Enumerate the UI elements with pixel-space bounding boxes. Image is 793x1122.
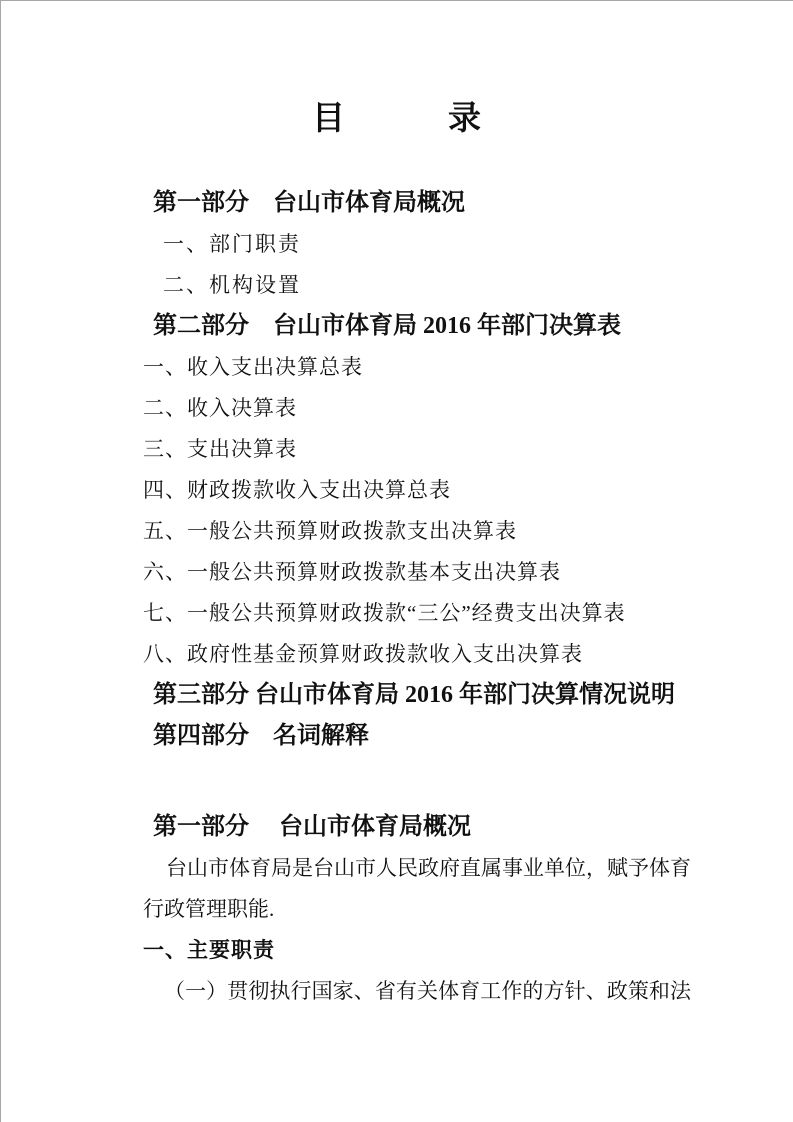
toc-item: 三、支出决算表: [143, 429, 738, 470]
clause-line: （一）贯彻执行国家、省有关体育工作的方针、政策和法: [143, 971, 691, 1012]
toc-heading-part3: 第三部分 台山市体育局 2016 年部门决算情况说明: [153, 675, 738, 716]
toc-heading-part2: 第二部分 台山市体育局 2016 年部门决算表: [153, 306, 738, 347]
section-heading: 第一部分 台山市体育局概况: [153, 807, 738, 848]
table-of-contents: 第一部分 台山市体育局概况 一、部门职责 二、机构设置 第二部分 台山市体育局 …: [143, 183, 738, 757]
toc-item: 八、政府性基金预算财政拨款收入支出决算表: [143, 634, 738, 675]
toc-item: 一、收入支出决算总表: [143, 347, 738, 388]
toc-item: 七、一般公共预算财政拨款“三公”经费支出决算表: [143, 593, 738, 634]
toc-item: 五、一般公共预算财政拨款支出决算表: [143, 511, 738, 552]
toc-item: 四、财政拨款收入支出决算总表: [143, 470, 738, 511]
toc-heading-part1: 第一部分 台山市体育局概况: [153, 183, 738, 224]
toc-item: 二、机构设置: [163, 265, 738, 306]
page-content: 第一部分 台山市体育局概况 一、部门职责 二、机构设置 第二部分 台山市体育局 …: [1, 183, 793, 1012]
subheading-main-duties: 一、主要职责: [143, 930, 738, 971]
toc-item: 二、收入决算表: [143, 388, 738, 429]
paragraph-line: 台山市体育局是台山市人民政府直属事业单位，赋予体育: [143, 848, 691, 889]
toc-title: 目 录: [1, 1, 793, 139]
paragraph-line: 行政管理职能.: [143, 889, 691, 930]
toc-heading-part4: 第四部分 名词解释: [153, 716, 738, 757]
toc-item: 六、一般公共预算财政拨款基本支出决算表: [143, 552, 738, 593]
document-page: 目 录 第一部分 台山市体育局概况 一、部门职责 二、机构设置 第二部分 台山市…: [0, 0, 793, 1122]
toc-item: 一、部门职责: [163, 224, 738, 265]
section-part1-overview: 第一部分 台山市体育局概况 台山市体育局是台山市人民政府直属事业单位，赋予体育 …: [143, 807, 738, 1012]
